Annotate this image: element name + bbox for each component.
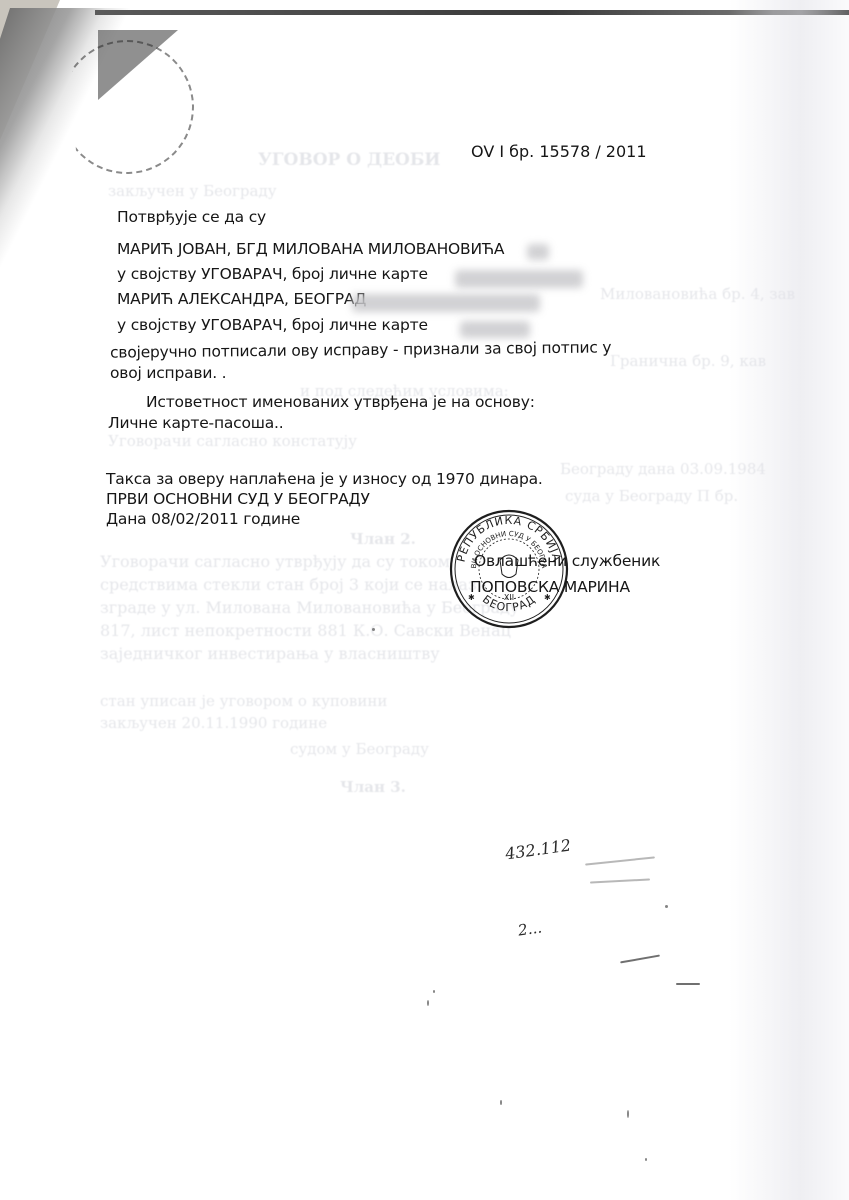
ghost-line: закључен 20.11.1990 године [100, 714, 327, 732]
redacted-id-number-party2 [460, 321, 530, 338]
redacted-address-party2 [352, 294, 540, 312]
ink-speck [627, 1110, 629, 1118]
official-name: ПОПОВСКА МАРИНА [470, 578, 630, 596]
ghost-line: заједничког инвестирања у власништву [100, 644, 440, 663]
ghost-line: средствима стекли стан број 3 који се на… [100, 575, 487, 594]
ghost-article-heading: Члан 2. [350, 530, 416, 548]
ghost-article-heading: Члан 3. [340, 778, 406, 796]
identity-statement: Истоветност именованих утврђена је на ос… [146, 393, 535, 411]
fee-statement: Такса за оверу наплаћена је у износу од … [106, 470, 543, 488]
certification-date: Дана 08/02/2011 године [106, 510, 300, 528]
pen-stroke [620, 955, 660, 963]
statement-line-2: овој исправи. . [110, 364, 226, 382]
identity-documents: Личне карте-пасоша.. [108, 414, 284, 432]
reference-number: OV I бр. 15578 / 2011 [471, 142, 647, 161]
ghost-line: закључен у Београду [108, 182, 277, 200]
ink-speck [500, 1100, 502, 1105]
handwritten-note: 432.112 [504, 835, 572, 863]
party2-role: у својству УГОВАРАЧ, број личне карте [117, 316, 428, 334]
ink-speck [427, 1000, 429, 1006]
ghost-line: стан уписан је уговором о куповини [100, 692, 387, 710]
ghost-title: УГОВОР О ДЕОБИ [258, 150, 440, 170]
pen-stroke [585, 856, 655, 865]
party1-name: МАРИЋ ЈОВАН, БГД МИЛОВАНА МИЛОВАНОВИЋА [117, 240, 504, 258]
scanned-document-page: УГОВОР О ДЕОБИ закључен у Београду Милов… [0, 0, 849, 1200]
ink-speck [433, 990, 435, 993]
certification-intro: Потврђује се да су [117, 208, 266, 226]
party2-name: МАРИЋ АЛЕКСАНДРА, БЕОГРАД [117, 290, 366, 308]
ink-speck [372, 628, 375, 631]
pen-stroke [590, 878, 650, 883]
ghost-line: суда у Београду П бр. [565, 487, 738, 505]
pen-stroke [676, 983, 700, 985]
scanner-right-shading [729, 0, 849, 1200]
ghost-line: Уговорачи сагласно констатују [108, 432, 357, 450]
ghost-line: судом у Београду [290, 740, 429, 758]
court-name: ПРВИ ОСНОВНИ СУД У БЕОГРАДУ [106, 490, 370, 508]
statement-line-1: својеручно потписали ову исправу - призн… [110, 338, 612, 361]
party1-role: у својству УГОВАРАЧ, број личне карте [117, 265, 428, 283]
ink-speck [665, 905, 668, 908]
ink-speck [645, 1158, 647, 1161]
ghost-line: Уговорачи сагласно утврђују да су током [100, 552, 450, 571]
redacted-address-party1 [527, 244, 549, 260]
official-title: Овлашћени службеник [474, 552, 660, 570]
redacted-id-number-party1 [455, 270, 583, 288]
handwritten-note: 2... [517, 918, 543, 939]
